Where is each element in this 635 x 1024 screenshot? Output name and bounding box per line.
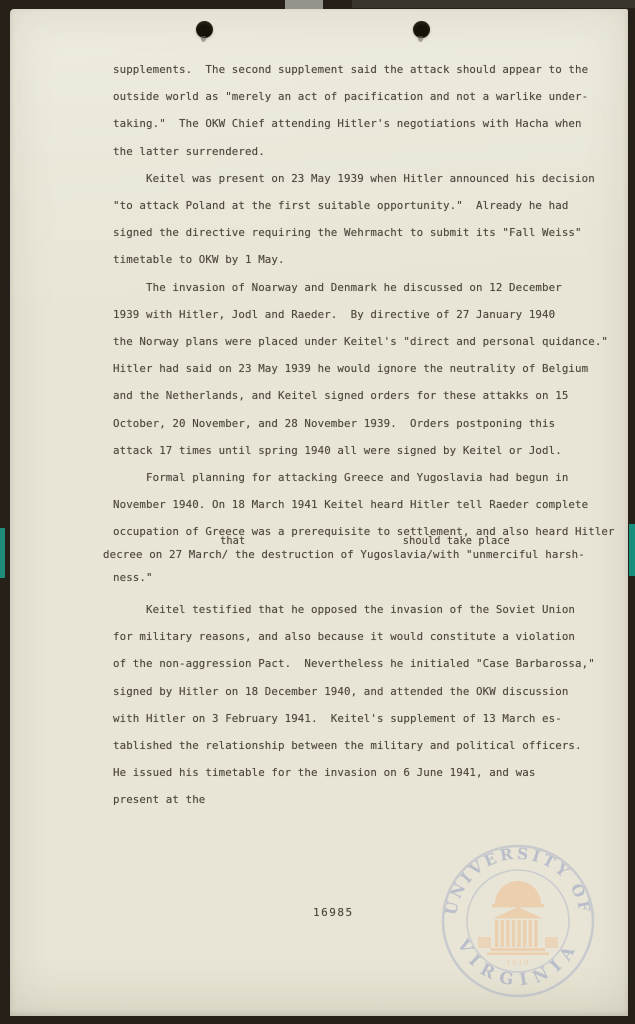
scanned-document-background: { "colors": { "background": "#262019", "… xyxy=(0,0,635,1024)
seal-year: 1819 xyxy=(506,959,530,967)
text-line: November 1940. On 18 March 1941 Keitel h… xyxy=(113,491,615,518)
punch-hole-left xyxy=(196,21,213,38)
seal-graphic: UNIVERSITY OF VIRGINIA xyxy=(438,841,598,1001)
text-line: The invasion of Noarway and Denmark he d… xyxy=(113,274,615,301)
punch-hole-right xyxy=(413,21,430,38)
text-line: October, 20 November, and 28 November 19… xyxy=(113,410,615,437)
text-line: the Norway plans were placed under Keite… xyxy=(113,328,615,355)
document-page: supplements. The second supplement said … xyxy=(10,9,628,1016)
scan-edge-gray-tab xyxy=(285,0,323,9)
teal-stripe-right xyxy=(629,524,635,576)
text-line: 1939 with Hitler, Jodl and Raeder. By di… xyxy=(113,301,615,328)
text-line: timetable to OKW by 1 May. xyxy=(113,246,615,273)
text-line: ness." xyxy=(113,564,615,591)
text-line: taking." The OKW Chief attending Hitler'… xyxy=(113,110,615,137)
text-line: "to attack Poland at the first suitable … xyxy=(113,192,615,219)
text-line: Keitel testified that he opposed the inv… xyxy=(113,596,615,623)
university-seal-watermark: UNIVERSITY OF VIRGINIA xyxy=(438,841,598,1001)
text-line: of the non-aggression Pact. Nevertheless… xyxy=(113,650,615,677)
rotunda-icon xyxy=(478,881,558,955)
text-line: He issued his timetable for the invasion… xyxy=(113,759,615,786)
text-line: attack 17 times until spring 1940 all we… xyxy=(113,437,615,464)
text-line: signed by Hitler on 18 December 1940, an… xyxy=(113,678,615,705)
text-line: tablished the relationship between the m… xyxy=(113,732,615,759)
document-text: supplements. The second supplement said … xyxy=(113,56,615,814)
text-line: with Hitler on 3 February 1941. Keitel's… xyxy=(113,705,615,732)
text-line: Formal planning for attacking Greece and… xyxy=(113,464,615,491)
text-line: supplements. The second supplement said … xyxy=(113,56,615,83)
text-line: signed the directive requiring the Wehrm… xyxy=(113,219,615,246)
text-line: present at the xyxy=(113,786,615,813)
text-line: and the Netherlands, and Keitel signed o… xyxy=(113,382,615,409)
document-number: 16985 xyxy=(313,906,354,919)
text-line: decree on 27 March/ the destruction of Y… xyxy=(103,541,615,568)
teal-stripe-left xyxy=(0,528,5,578)
text-line: outside world as "merely an act of pacif… xyxy=(113,83,615,110)
text-line: for military reasons, and also because i… xyxy=(113,623,615,650)
scan-edge-light-band xyxy=(352,0,635,8)
text-line: the latter surrendered. xyxy=(113,138,615,165)
text-line: Hitler had said on 23 May 1939 he would … xyxy=(113,355,615,382)
text-line: Keitel was present on 23 May 1939 when H… xyxy=(113,165,615,192)
